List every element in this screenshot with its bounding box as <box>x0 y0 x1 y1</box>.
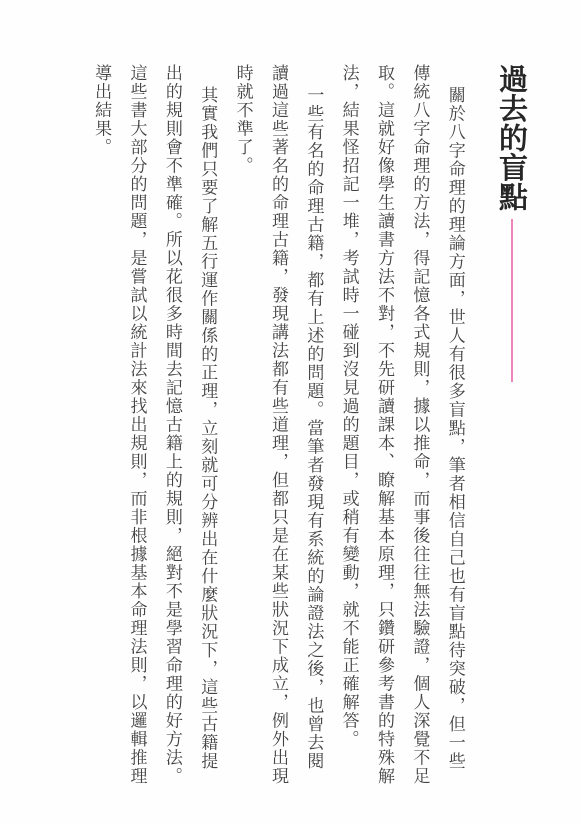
title-accent-line <box>511 219 513 382</box>
page-title: 過去的盲點 <box>494 64 530 787</box>
page-title-text: 過去的盲點 <box>495 64 529 212</box>
body-paragraph: 一些有名的命理古籍，都有上述的問題。當筆者發現有系統的論證法之後，也曾去閱讀過這… <box>224 64 330 787</box>
body-text: 關於八字命理的理論方面，世人有很多盲點，筆者相信自己也有盲點待突破，但一些傳統八… <box>83 64 472 787</box>
body-paragraph: 關於八字命理的理論方面，世人有很多盲點，筆者相信自己也有盲點待突破，但一些傳統八… <box>330 64 471 787</box>
book-page: 過去的盲點 關於八字命理的理論方面，世人有很多盲點，筆者相信自己也有盲點待突破，… <box>0 0 580 825</box>
body-paragraph: 其實我們只要了解五行運作關係的正理，立刻就可分辨出在什麼狀況下，這些古籍提出的規… <box>83 64 224 787</box>
